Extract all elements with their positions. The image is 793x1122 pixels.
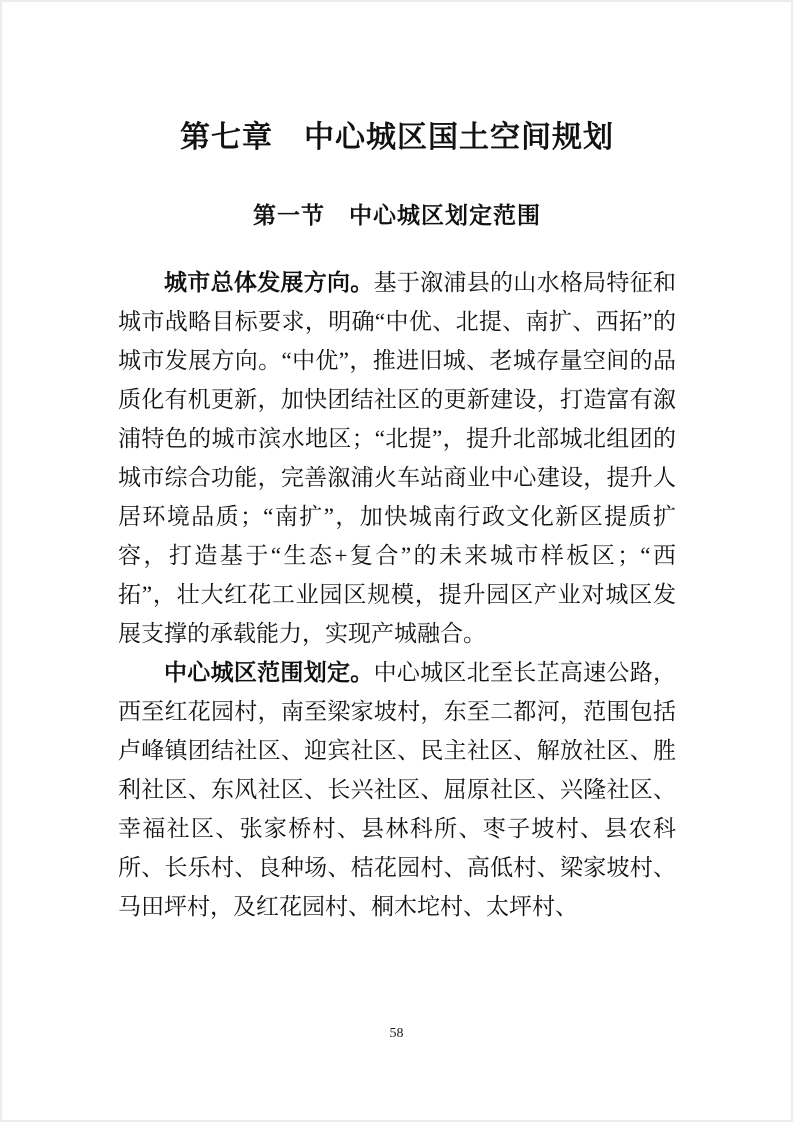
body-text: 城市总体发展方向。基于溆浦县的山水格局特征和城市战略目标要求，明确“中优、北提、…	[118, 263, 676, 926]
page-content: 第七章 中心城区国土空间规划 第一节 中心城区划定范围 城市总体发展方向。基于溆…	[0, 0, 793, 926]
paragraph-body: 基于溆浦县的山水格局特征和城市战略目标要求，明确“中优、北提、南扩、西拓”的城市…	[118, 270, 676, 646]
paragraph-lead: 中心城区范围划定。	[164, 660, 374, 685]
paragraph-area-delimitation: 中心城区范围划定。中心城区北至长芷高速公路，西至红花园村，南至梁家坡村，东至二都…	[118, 653, 676, 926]
document-page: 第七章 中心城区国土空间规划 第一节 中心城区划定范围 城市总体发展方向。基于溆…	[0, 0, 793, 1122]
paragraph-lead: 城市总体发展方向。	[164, 270, 374, 295]
section-title: 第一节 中心城区划定范围	[118, 200, 676, 230]
paragraph-development-direction: 城市总体发展方向。基于溆浦县的山水格局特征和城市战略目标要求，明确“中优、北提、…	[118, 263, 676, 653]
paragraph-body: 中心城区北至长芷高速公路，西至红花园村，南至梁家坡村，东至二都河，范围包括卢峰镇…	[118, 660, 676, 919]
chapter-title: 第七章 中心城区国土空间规划	[118, 0, 676, 156]
page-number: 58	[0, 1026, 793, 1042]
